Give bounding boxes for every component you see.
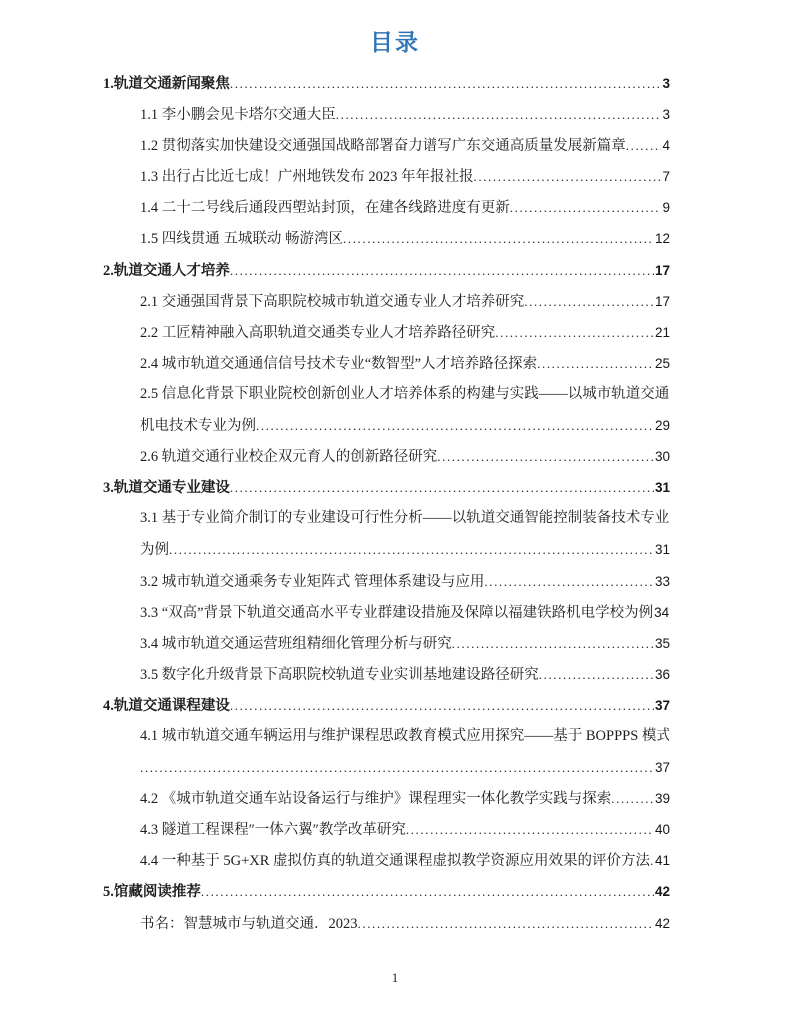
toc-row[interactable]: 3.1 基于专业简介制订的专业建设可行性分析——以轨道交通智能控制装备技术专业 [103, 503, 670, 534]
document-page: 目录 1.轨道交通新闻聚焦 3 1.1 李小鹏会见卡塔尔交通大臣 3 1.2 贯… [0, 0, 790, 1013]
toc-row[interactable]: 4.1 城市轨道交通车辆运用与维护课程思政教育模式应用探究——基于 BOPPPS… [103, 721, 670, 752]
toc-entry-page: 33 [654, 566, 670, 597]
toc-entry-text: 4.3 隧道工程课程″一体六翼″教学改革研究 [140, 815, 406, 846]
toc-entry-text: 4.4 一种基于 5G+XR 虚拟仿真的轨道交通课程虚拟教学资源应用效果的评价方… [140, 846, 650, 877]
toc-entry-text: 3.1 基于专业简介制订的专业建设可行性分析——以轨道交通智能控制装备技术专业 [140, 503, 669, 534]
toc-entry-dots [230, 255, 654, 287]
toc-entry-text: 1.4 二十二号线后通段西塱站封顶，在建各线路进度有更新 [140, 193, 510, 224]
toc-entry-dots [611, 783, 654, 815]
toc-entry-dots [169, 534, 654, 566]
toc-row[interactable]: 1.轨道交通新闻聚焦 3 [103, 68, 670, 99]
toc-entry-text: 3.4 城市轨道交通运营班组精细化管理分析与研究 [140, 629, 452, 660]
toc-list: 1.轨道交通新闻聚焦 3 1.1 李小鹏会见卡塔尔交通大臣 3 1.2 贯彻落实… [103, 68, 670, 939]
toc-entry-dots [406, 814, 654, 846]
toc-entry-page: 42 [654, 908, 670, 939]
toc-entry-dots [358, 908, 654, 940]
toc-row[interactable]: 4.轨道交通课程建设 37 [103, 690, 670, 721]
toc-row[interactable]: 5.馆藏阅读推荐 42 [103, 876, 670, 907]
footer-page-number: 1 [0, 970, 790, 986]
toc-entry-dots [626, 130, 662, 162]
toc-entry-dots [437, 441, 654, 473]
toc-entry-dots [537, 348, 654, 380]
toc-entry-dots [343, 223, 654, 255]
toc-row[interactable]: 3.4 城市轨道交通运营班组精细化管理分析与研究 35 [103, 628, 670, 659]
toc-entry-page: 36 [654, 659, 670, 690]
toc-entry-page: 37 [654, 752, 670, 783]
toc-row[interactable]: 1.2 贯彻落实加快建设交通强国战略部署奋力谱写广东交通高质量发展新篇章 4 [103, 130, 670, 161]
toc-row[interactable]: 为例 31 [103, 534, 670, 565]
toc-entry-page: 3 [661, 68, 670, 99]
toc-entry-text: 为例 [140, 535, 169, 566]
toc-entry-text: 2.6 轨道交通行业校企双元育人的创新路径研究 [140, 442, 437, 473]
toc-entry-page: 21 [654, 317, 670, 348]
toc-entry-dots [256, 410, 654, 442]
toc-entry-page: 17 [654, 286, 670, 317]
toc-row[interactable]: 3.3 “双高”背景下轨道交通高水平专业群建设措施及保障以福建铁路机电学校为例 … [103, 597, 670, 628]
toc-entry-dots [484, 566, 654, 598]
toc-row[interactable]: 4.2 《城市轨道交通车站设备运行与维护》课程理实一体化教学实践与探索 39 [103, 783, 670, 814]
toc-entry-text: 2.2 工匠精神融入高职轨道交通类专业人才培养路径研究 [140, 318, 495, 349]
toc-row[interactable]: 4.3 隧道工程课程″一体六翼″教学改革研究 40 [103, 814, 670, 845]
toc-entry-page: 9 [661, 192, 670, 223]
toc-entry-dots [230, 472, 654, 504]
toc-entry-page: 34 [653, 597, 669, 628]
toc-entry-page: 31 [654, 472, 670, 503]
toc-entry-dots [230, 690, 654, 722]
toc-entry-text: 1.轨道交通新闻聚焦 [103, 69, 230, 100]
toc-row[interactable]: 1.3 出行占比近七成！广州地铁发布 2023 年年报社报 7 [103, 161, 670, 192]
toc-entry-page: 4 [661, 130, 670, 161]
page-title: 目录 [0, 24, 790, 57]
toc-row[interactable]: 1.5 四线贯通 五城联动 畅游湾区 12 [103, 223, 670, 254]
toc-entry-dots [524, 286, 654, 318]
toc-entry-page: 12 [654, 223, 670, 254]
toc-row[interactable]: 2.5 信息化背景下职业院校创新创业人才培养体系的构建与实践——以城市轨道交通 [103, 379, 670, 410]
toc-row[interactable]: 2.4 城市轨道交通通信信号技术专业“数智型”人才培养路径探索 25 [103, 348, 670, 379]
toc-row[interactable]: 3.2 城市轨道交通乘务专业矩阵式 管理体系建设与应用 33 [103, 566, 670, 597]
toc-entry-text: 3.轨道交通专业建设 [103, 473, 230, 504]
toc-row[interactable]: 3.轨道交通专业建设 31 [103, 472, 670, 503]
toc-entry-text: 3.3 “双高”背景下轨道交通高水平专业群建设措施及保障以福建铁路机电学校为例 [140, 598, 653, 629]
toc-entry-page: 31 [654, 534, 670, 565]
toc-entry-page: 39 [654, 783, 670, 814]
toc-entry-page: 41 [654, 845, 670, 876]
toc-entry-text: 1.1 李小鹏会见卡塔尔交通大臣 [140, 100, 336, 131]
toc-row[interactable]: 4.4 一种基于 5G+XR 虚拟仿真的轨道交通课程虚拟教学资源应用效果的评价方… [103, 845, 670, 876]
toc-entry-page: 25 [654, 348, 670, 379]
toc-entry-dots [452, 628, 654, 660]
toc-entry-page: 37 [654, 690, 670, 721]
toc-entry-text: 4.1 城市轨道交通车辆运用与维护课程思政教育模式应用探究——基于 BOPPPS… [140, 721, 669, 752]
toc-row[interactable]: 1.1 李小鹏会见卡塔尔交通大臣 3 [103, 99, 670, 130]
toc-entry-text: 2.轨道交通人才培养 [103, 256, 230, 287]
toc-entry-page: 17 [654, 255, 670, 286]
toc-row[interactable]: 2.1 交通强国背景下高职院校城市轨道交通专业人才培养研究 17 [103, 286, 670, 317]
toc-row[interactable]: 3.5 数字化升级背景下高职院校轨道专业实训基地建设路径研究 36 [103, 659, 670, 690]
toc-entry-text: 机电技术专业为例 [140, 411, 256, 442]
toc-entry-text: 4.轨道交通课程建设 [103, 691, 230, 722]
toc-row[interactable]: 37 [103, 752, 670, 783]
toc-entry-text: 1.5 四线贯通 五城联动 畅游湾区 [140, 224, 343, 255]
toc-entry-page: 7 [661, 161, 670, 192]
toc-row[interactable]: 机电技术专业为例 29 [103, 410, 670, 441]
toc-row[interactable]: 2.轨道交通人才培养 17 [103, 255, 670, 286]
toc-entry-dots [495, 317, 654, 349]
toc-entry-text: 4.2 《城市轨道交通车站设备运行与维护》课程理实一体化教学实践与探索 [140, 784, 611, 815]
toc-entry-page: 29 [654, 410, 670, 441]
toc-entry-text: 书名：智慧城市与轨道交通．2023 [140, 909, 358, 940]
toc-row[interactable]: 2.2 工匠精神融入高职轨道交通类专业人才培养路径研究 21 [103, 317, 670, 348]
toc-entry-text: 1.2 贯彻落实加快建设交通强国战略部署奋力谱写广东交通高质量发展新篇章 [140, 131, 626, 162]
toc-entry-text: 2.1 交通强国背景下高职院校城市轨道交通专业人才培养研究 [140, 287, 524, 318]
toc-entry-dots [336, 99, 662, 131]
toc-entry-dots [140, 752, 654, 784]
toc-entry-dots [201, 876, 654, 908]
toc-entry-dots [230, 68, 662, 100]
toc-entry-text: 2.4 城市轨道交通通信信号技术专业“数智型”人才培养路径探索 [140, 349, 537, 380]
toc-entry-dots [539, 659, 654, 691]
toc-row[interactable]: 2.6 轨道交通行业校企双元育人的创新路径研究 30 [103, 441, 670, 472]
toc-row[interactable]: 书名：智慧城市与轨道交通．2023 42 [103, 908, 670, 939]
toc-entry-dots [474, 161, 662, 193]
toc-entry-text: 3.2 城市轨道交通乘务专业矩阵式 管理体系建设与应用 [140, 567, 484, 598]
toc-entry-page: 40 [654, 814, 670, 845]
toc-entry-page: 3 [661, 99, 670, 130]
toc-entry-text: 3.5 数字化升级背景下高职院校轨道专业实训基地建设路径研究 [140, 660, 539, 691]
toc-row[interactable]: 1.4 二十二号线后通段西塱站封顶，在建各线路进度有更新 9 [103, 192, 670, 223]
toc-entry-dots [510, 192, 662, 224]
toc-entry-text: 5.馆藏阅读推荐 [103, 877, 201, 908]
toc-entry-text: 2.5 信息化背景下职业院校创新创业人才培养体系的构建与实践——以城市轨道交通 [140, 379, 669, 410]
toc-entry-page: 30 [654, 441, 670, 472]
toc-entry-page: 35 [654, 628, 670, 659]
toc-entry-text: 1.3 出行占比近七成！广州地铁发布 2023 年年报社报 [140, 162, 474, 193]
toc-entry-page: 42 [654, 876, 670, 907]
